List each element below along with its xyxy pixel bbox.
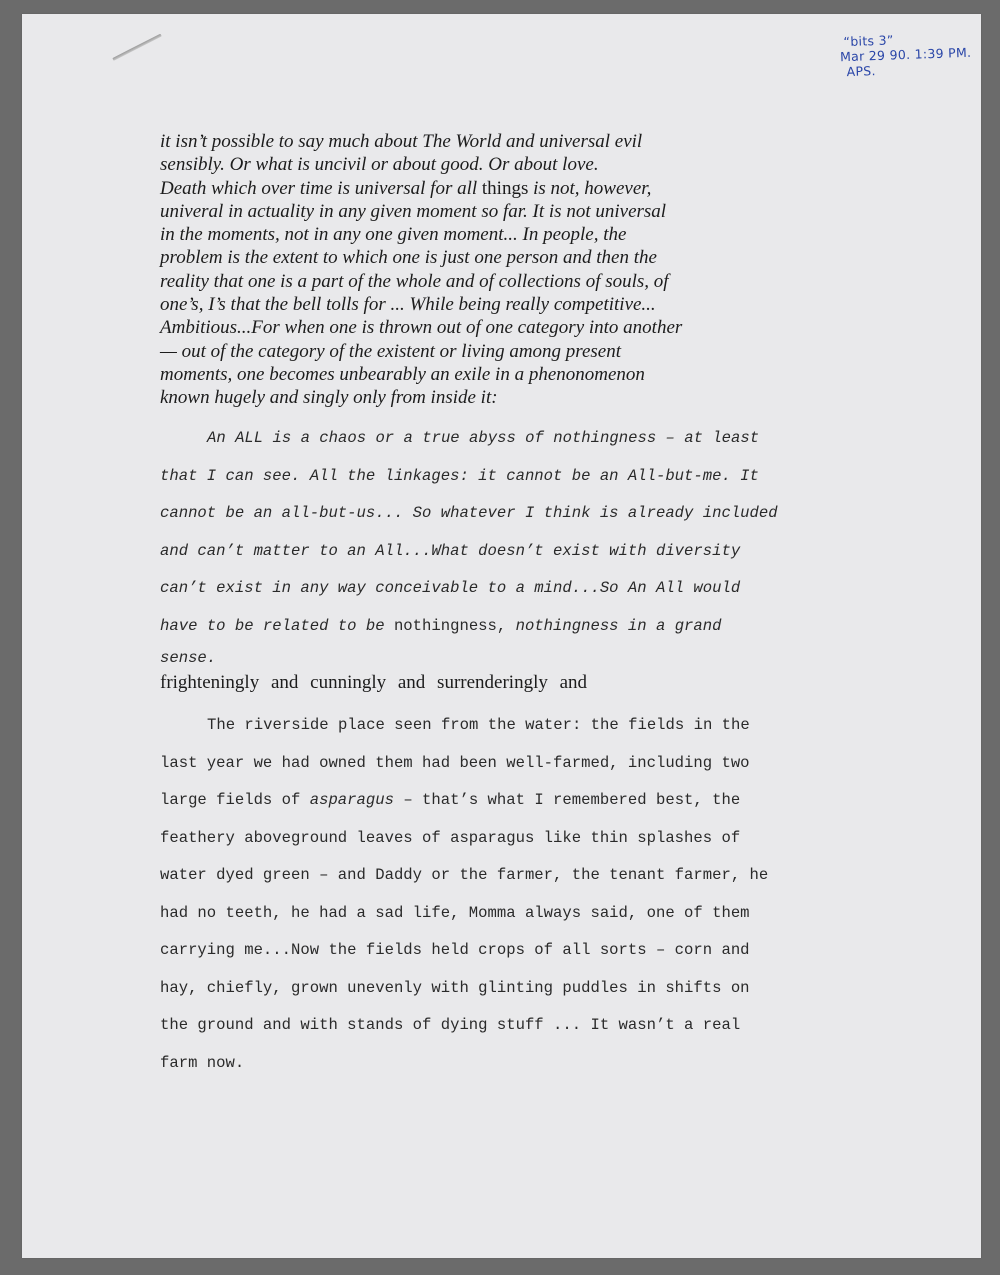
text-line: one’s, I’s that the bell tolls for ... W… xyxy=(160,293,860,316)
text-line: known hugely and singly only from inside… xyxy=(160,386,860,409)
text-line: large fields of asparagus – that’s what … xyxy=(160,782,768,820)
connector-line: frighteningly and cunningly and surrende… xyxy=(160,672,587,694)
text-line: last year we had owned them had been wel… xyxy=(160,745,768,783)
text-span: nothingness in a grand xyxy=(506,617,721,635)
text-line: can’t exist in any way conceivable to a … xyxy=(160,570,778,608)
text-line: feathery aboveground leaves of asparagus… xyxy=(160,820,768,858)
text-line: univeral in actuality in any given momen… xyxy=(160,200,860,223)
text-line: had no teeth, he had a sad life, Momma a… xyxy=(160,895,768,933)
text-span: have to be related to be xyxy=(160,617,394,635)
text-line: farm now. xyxy=(160,1045,768,1083)
text-line: and can’t matter to an All...What doesn’… xyxy=(160,533,778,571)
text-line: Ambitious...For when one is thrown out o… xyxy=(160,316,860,339)
quote-passage: An ALL is a chaos or a true abyss of not… xyxy=(160,420,778,671)
text-span: is not, however, xyxy=(528,178,651,199)
text-span: large fields of xyxy=(160,791,310,809)
text-span: – that’s what I remembered best, the xyxy=(394,791,740,809)
text-line: — out of the category of the existent or… xyxy=(160,340,860,363)
text-line: in the moments, not in any one given mom… xyxy=(160,223,860,246)
text-line: hay, chiefly, grown unevenly with glinti… xyxy=(160,970,768,1008)
text-line: sensibly. Or what is uncivil or about go… xyxy=(160,153,860,176)
text-span-italic: asparagus xyxy=(310,791,394,809)
body-passage: The riverside place seen from the water:… xyxy=(160,707,768,1082)
text-line: water dyed green – and Daddy or the farm… xyxy=(160,857,768,895)
text-line: sense. xyxy=(160,645,778,671)
text-line: Death which over time is universal for a… xyxy=(160,177,860,200)
text-line: it isn’t possible to say much about The … xyxy=(160,130,860,153)
text-line: The riverside place seen from the water:… xyxy=(160,707,768,745)
text-line: problem is the extent to which one is ju… xyxy=(160,246,860,269)
text-line: the ground and with stands of dying stuf… xyxy=(160,1007,768,1045)
text-line: that I can see. All the linkages: it can… xyxy=(160,458,778,496)
text-line: An ALL is a chaos or a true abyss of not… xyxy=(160,420,778,458)
text-line: moments, one becomes unbearably an exile… xyxy=(160,363,860,386)
serif-passage: it isn’t possible to say much about The … xyxy=(160,130,860,410)
text-line: reality that one is a part of the whole … xyxy=(160,270,860,293)
text-line: cannot be an all-but-us... So whatever I… xyxy=(160,495,778,533)
text-span-upright: nothingness, xyxy=(394,617,506,635)
text-span: Death which over time is universal for a… xyxy=(160,178,482,199)
text-line: have to be related to be nothingness, no… xyxy=(160,608,778,646)
text-span-upright: things xyxy=(482,178,528,199)
annotation-initials: APS. xyxy=(840,60,972,80)
staple-mark xyxy=(112,34,161,61)
text-line: carrying me...Now the fields held crops … xyxy=(160,932,768,970)
handwritten-annotation: “bits 3” Mar 29 90. 1:39 PM. APS. xyxy=(839,30,972,80)
